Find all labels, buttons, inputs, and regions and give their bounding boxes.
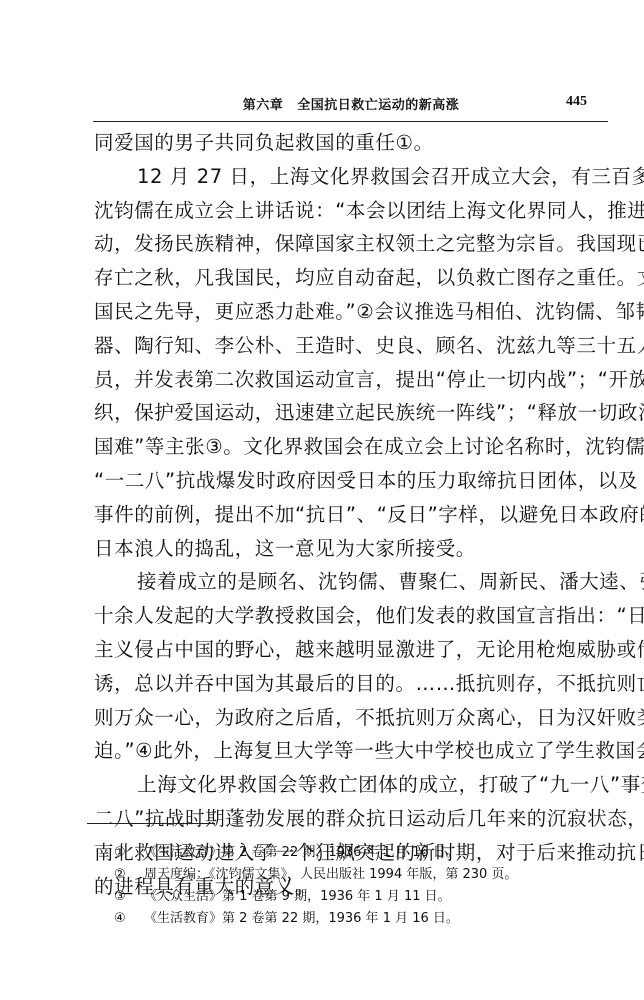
text-line: 员，并发表第二次救国运动宣言，提出“停止一切内战”；“开放民众组 [94, 363, 612, 397]
footnotes: ①《生活教育》第 2 卷第 22 期，1936 年 1 月 16 日。 ②周天度… [114, 842, 594, 930]
text-line: 十余人发起的大学教授救国会，他们发表的救国宣言指出：“日本帝国 [94, 599, 612, 633]
footnote-1: ①《生活教育》第 2 卷第 22 期，1936 年 1 月 16 日。 [114, 842, 594, 864]
text-line: 器、陶行知、李公朴、王造时、史良、顾名、沈兹九等三十五人为执行委 [94, 329, 612, 363]
chapter-title: 第六章全国抗日救亡运动的新高涨 [93, 94, 609, 113]
text-line: 国难”等主张③。文化界救国会在成立会上讨论名称时，沈钧儒鉴于 [94, 430, 612, 464]
footnote-marker: ④ [114, 908, 144, 930]
text-line: 诱，总以并吞中国为其最后的目的。……抵抗则存，不抵抗则亡；抵抗 [94, 667, 612, 701]
book-page: 第六章全国抗日救亡运动的新高涨 445 同爱国的男子共同负起救国的重任①。 12… [0, 0, 644, 1000]
footnote-text: 周天度编：《沈钧儒文集》，人民出版社 1994 年版，第 230 页。 [144, 867, 517, 882]
body-text: 同爱国的男子共同负起救国的重任①。 12 月 27 日，上海文化界救国会召开成立… [94, 126, 612, 903]
text-line: 国民之先导，更应悉力赴难。”②会议推选马相伯、沈钧儒、邹韬奋、章乃 [94, 295, 612, 329]
footnote-text: 《生活教育》第 2 卷第 22 期，1936 年 1 月 16 日。 [144, 845, 459, 860]
text-line: 12 月 27 日，上海文化界救国会召开成立大会，有三百多人参加。 [94, 160, 612, 194]
running-head: 第六章全国抗日救亡运动的新高涨 445 [93, 92, 609, 114]
footnote-marker: ② [114, 864, 144, 886]
chapter-number: 第六章 [243, 98, 284, 113]
text-line: 二八”抗战时期蓬勃发展的群众抗日运动后几年来的沉寂状态，从此， [94, 802, 612, 836]
footnote-4: ④《生活教育》第 2 卷第 22 期，1936 年 1 月 16 日。 [114, 908, 594, 930]
text-line: 织，保护爱国运动，迅速建立起民族统一阵线”；“释放一切政治犯，共赴 [94, 396, 612, 430]
text-line: 沈钧儒在成立会上讲话说：“本会以团结上海文化界同人，推进文化运 [94, 194, 612, 228]
footnote-text: 《大众生活》第 1 卷第 9 期，1936 年 1 月 11 日。 [144, 889, 451, 904]
text-line: 动，发扬民族精神，保障国家主权领土之完整为宗旨。我国现已至危急 [94, 227, 612, 261]
text-line: 上海文化界救国会等救亡团体的成立，打破了“九一八”事变和“一 [94, 768, 612, 802]
text-line: 事件的前例，提出不加“抗日”、“反日”字样，以避免日本政府的干涉和 [94, 498, 612, 532]
text-line: 日本浪人的捣乱，这一意见为大家所接受。 [94, 532, 612, 566]
footnote-rule [87, 823, 215, 824]
footnote-marker: ③ [114, 886, 144, 908]
text-line: 存亡之秋，凡我国民，均应自动奋起，以负救亡图存之重任。文化界为 [94, 261, 612, 295]
header-rule [93, 121, 608, 122]
text-line: 接着成立的是顾名、沈钧儒、曹聚仁、周新民、潘大逵、张定夫等六 [94, 565, 612, 599]
footnote-2: ②周天度编：《沈钧儒文集》，人民出版社 1994 年版，第 230 页。 [114, 864, 594, 886]
text-line: 同爱国的男子共同负起救国的重任①。 [94, 126, 612, 160]
footnote-3: ③《大众生活》第 1 卷第 9 期，1936 年 1 月 11 日。 [114, 886, 594, 908]
text-line: “一二八”抗战爆发时政府因受日本的压力取缔抗日团体，以及《新生》 [94, 464, 612, 498]
chapter-name: 全国抗日救亡运动的新高涨 [297, 98, 459, 113]
text-line: 迫。”④此外，上海复旦大学等一些大中学校也成立了学生救国会。 [94, 734, 612, 768]
page-number: 445 [566, 94, 587, 110]
text-line: 主义侵占中国的野心，越来越明显激进了，无论用枪炮威胁或借外交计 [94, 633, 612, 667]
text-line: 则万众一心，为政府之后盾，不抵抗则万众离心，日为汉奸败类所胁 [94, 701, 612, 735]
footnote-marker: ① [114, 842, 144, 864]
footnote-text: 《生活教育》第 2 卷第 22 期，1936 年 1 月 16 日。 [144, 911, 459, 926]
